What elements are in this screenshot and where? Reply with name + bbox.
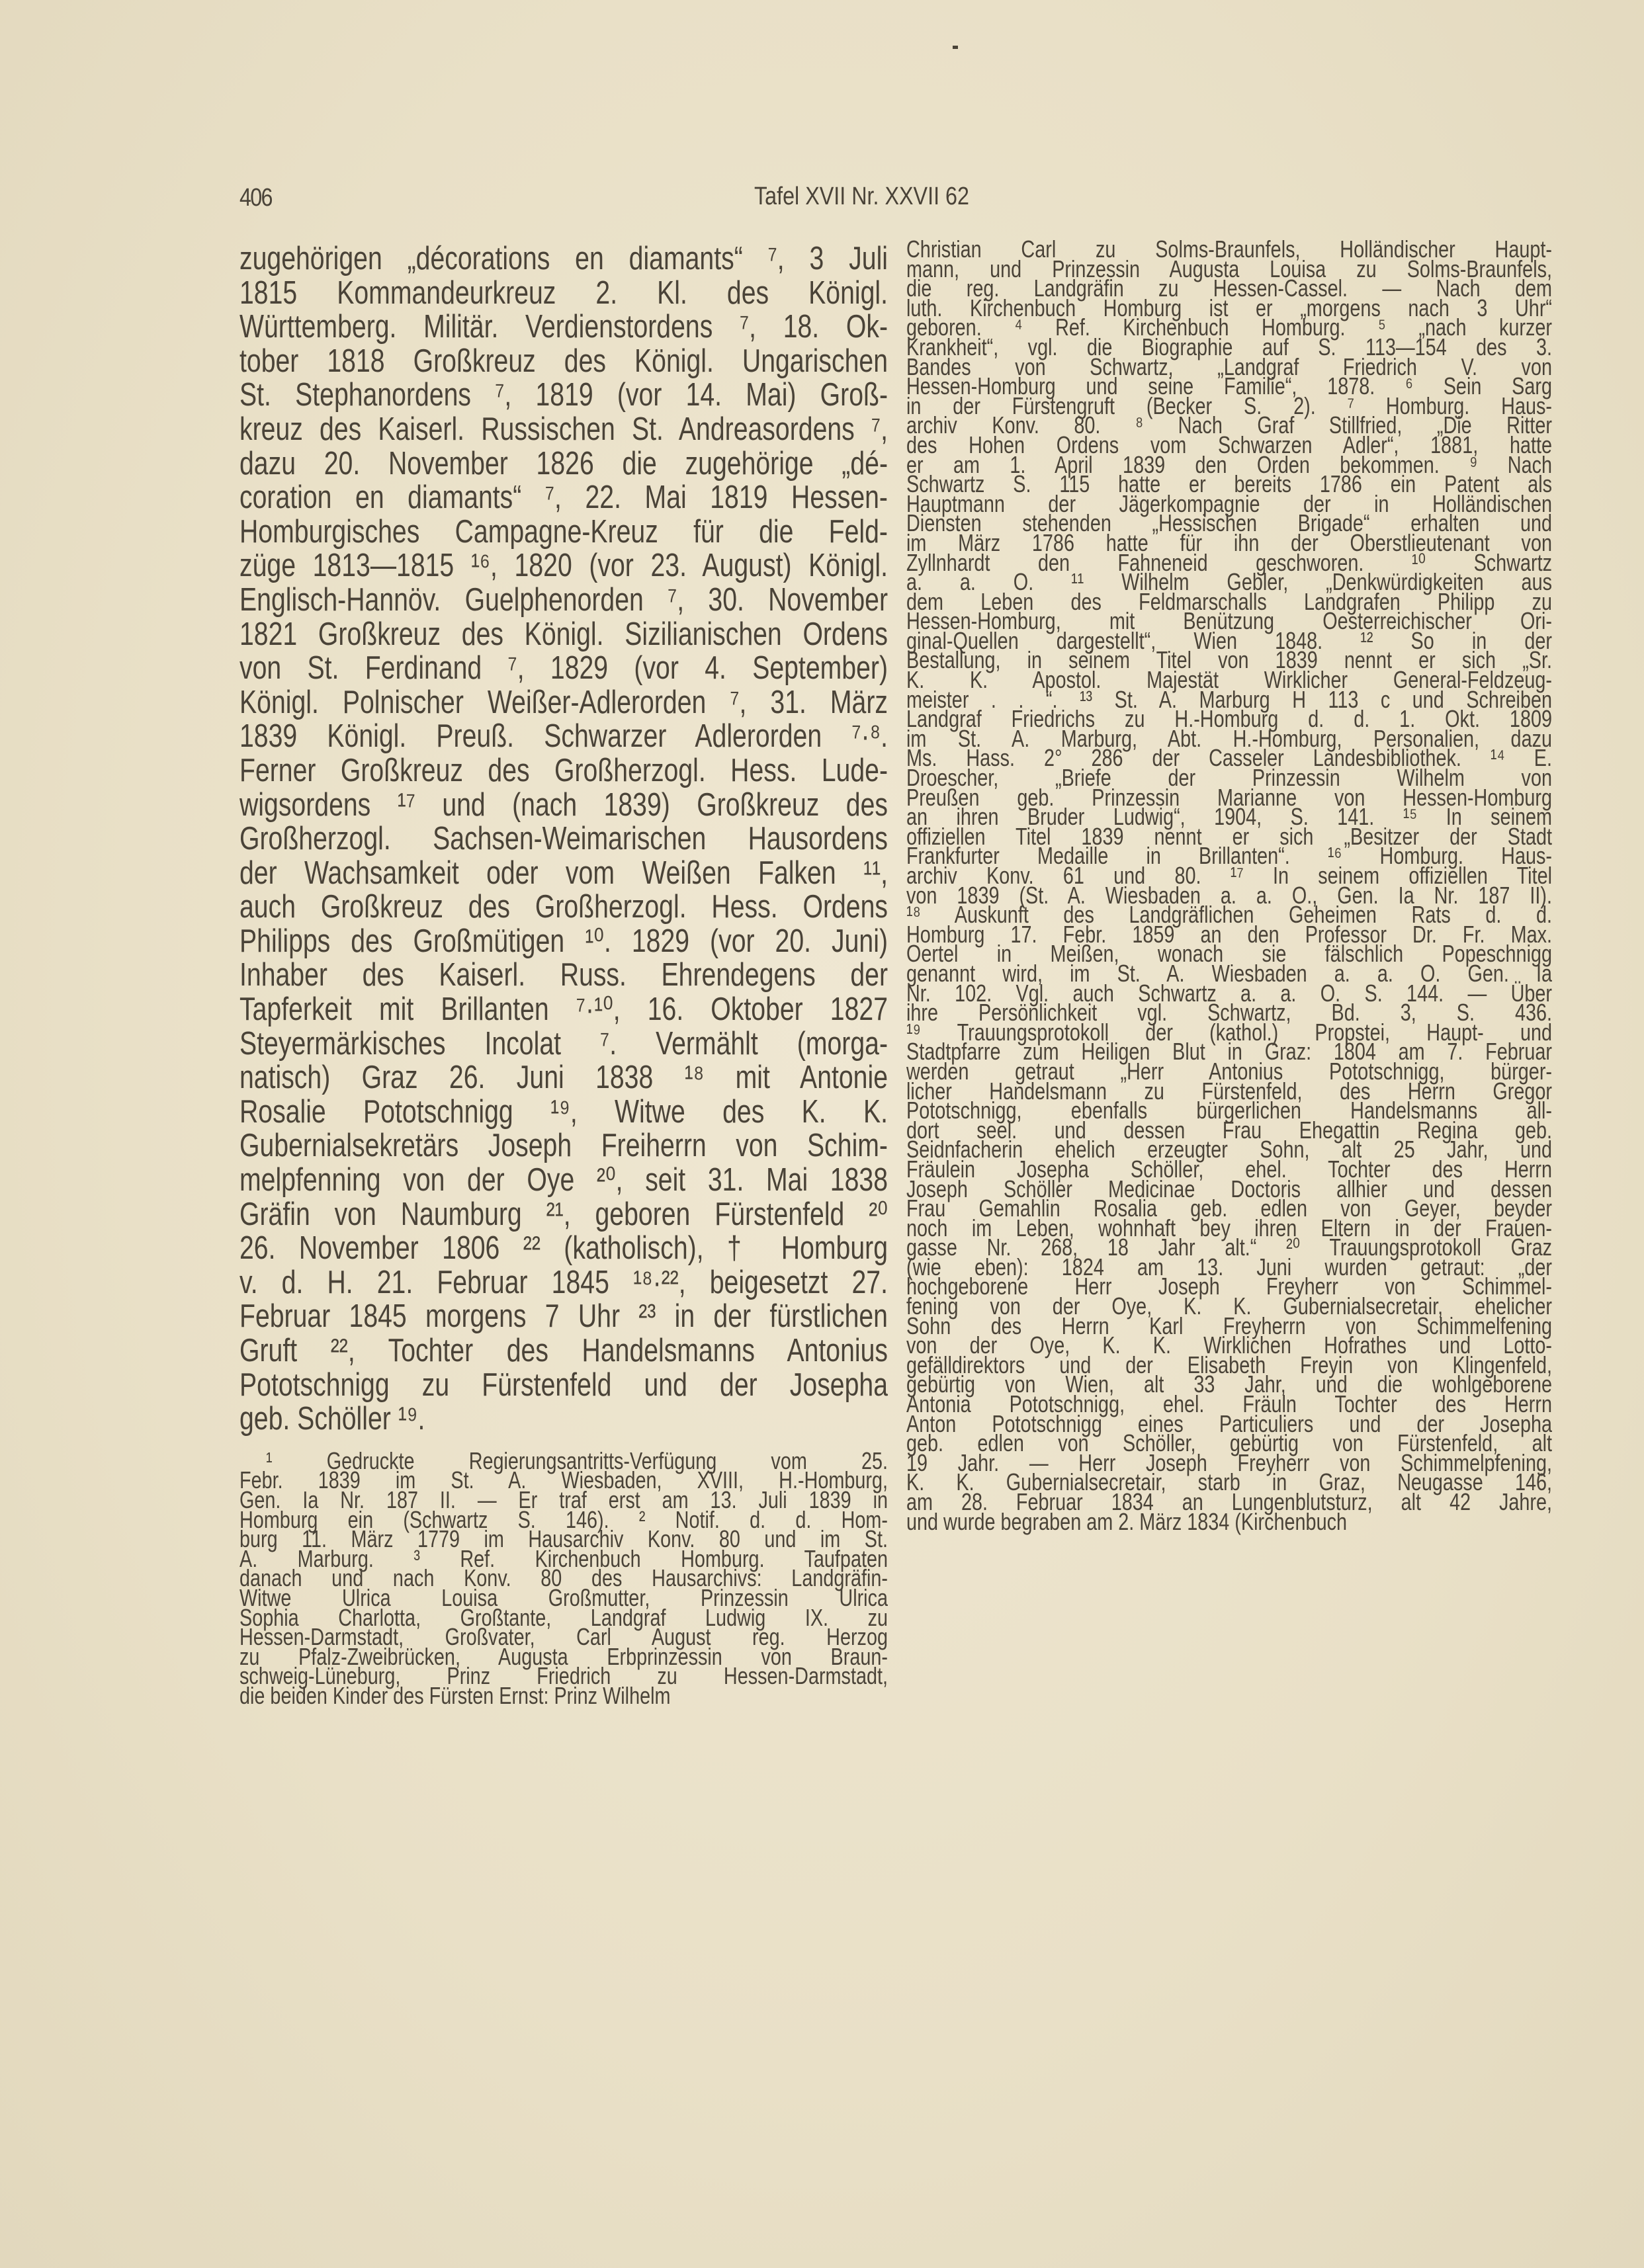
text-line: züge 1813—1815 ¹⁶, 1820 (vor 23. August)… (239, 549, 888, 583)
text-line: und wurde begraben am 2. März 1834 (Kirc… (906, 1512, 1552, 1532)
text-line: 26. November 1806 ²² (katholisch), † Hom… (239, 1232, 888, 1266)
text-line: geb. Schöller ¹⁹. (239, 1402, 888, 1437)
text-line: Inhaber des Kaiserl. Russ. Ehrendegens d… (239, 958, 888, 993)
text-line: Pototschnigg zu Fürstenfeld und der Jose… (239, 1368, 888, 1403)
text-line: auch Großkreuz des Großherzogl. Hess. Or… (239, 890, 888, 925)
text-line: Königl. Polnischer Weißer-Adlerorden ⁷, … (239, 686, 888, 720)
text-line: 1815 Kommandeurkreuz 2. Kl. des Königl. (239, 276, 888, 311)
text-line: Februar 1845 morgens 7 Uhr ²³ in der für… (239, 1300, 888, 1334)
running-head: Tafel XVII Nr. XXVII 62 (754, 183, 969, 211)
text-line: kreuz des Kaiserl. Russischen St. Andrea… (239, 413, 888, 447)
main-paragraph: zugehörigen „décorations en diamants“ ⁷,… (239, 242, 888, 1437)
text-line: melpfenning von der Oye ²⁰, seit 31. Mai… (239, 1163, 888, 1198)
text-line: dazu 20. November 1826 die zugehörige „d… (239, 447, 888, 482)
text-line: wigsordens ¹⁷ und (nach 1839) Großkreuz … (239, 788, 888, 823)
text-line: Württemberg. Militär. Verdienstordens ⁷,… (239, 310, 888, 345)
text-line: 1821 Großkreuz des Königl. Sizilianische… (239, 618, 888, 652)
text-line: Gräfin von Naumburg ²¹, geboren Fürstenf… (239, 1198, 888, 1232)
text-line: Steyermärkisches Incolat ⁷. Vermählt (mo… (239, 1027, 888, 1062)
text-line: Tapferkeit mit Brillanten ⁷·¹⁰, 16. Okto… (239, 993, 888, 1027)
text-line: Englisch-Hannöv. Guelphenorden ⁷, 30. No… (239, 583, 888, 618)
text-line: der Wachsamkeit oder vom Weißen Falken ¹… (239, 857, 888, 891)
text-line: St. Stephanordens ⁷, 1819 (vor 14. Mai) … (239, 378, 888, 413)
page-number: 406 (239, 184, 272, 212)
text-line: Gubernialsekretärs Joseph Freiherrn von … (239, 1129, 888, 1163)
scan-speck (953, 46, 958, 49)
text-line: Philipps des Großmütigen ¹⁰. 1829 (vor 2… (239, 925, 888, 959)
text-line: natisch) Graz 26. Juni 1838 ¹⁸ mit Anton… (239, 1061, 888, 1095)
text-line: Homburgisches Campagne-Kreuz für die Fel… (239, 515, 888, 550)
text-line: 1839 Königl. Preuß. Schwarzer Adlerorden… (239, 720, 888, 754)
text-line: Großherzogl. Sachsen-Weimarischen Hausor… (239, 822, 888, 857)
text-line: Ferner Großkreuz des Großherzogl. Hess. … (239, 754, 888, 788)
text-line: coration en diamants“ ⁷, 22. Mai 1819 He… (239, 481, 888, 515)
left-column: zugehörigen „décorations en diamants“ ⁷,… (239, 242, 888, 1706)
text-line: zugehörigen „décorations en diamants“ ⁷,… (239, 242, 888, 276)
text-line: v. d. H. 21. Februar 1845 ¹⁸·²², beigese… (239, 1266, 888, 1300)
footnotes-left: ¹ Gedruckte Regierungsantritts-Verfügung… (239, 1451, 888, 1706)
text-line: von St. Ferdinand ⁷, 1829 (vor 4. Septem… (239, 651, 888, 686)
text-line: die beiden Kinder des Fürsten Ernst: Pri… (239, 1686, 888, 1706)
text-line: Gruft ²², Tochter des Handelsmanns Anton… (239, 1334, 888, 1368)
text-line: tober 1818 Großkreuz des Königl. Ungaris… (239, 345, 888, 379)
footnotes-right: Christian Carl zu Solms-Braunfels, Hollä… (906, 239, 1555, 1531)
text-line: Rosalie Pototschnigg ¹⁹, Witwe des K. K. (239, 1095, 888, 1130)
right-column: Christian Carl zu Solms-Braunfels, Hollä… (906, 239, 1555, 1531)
